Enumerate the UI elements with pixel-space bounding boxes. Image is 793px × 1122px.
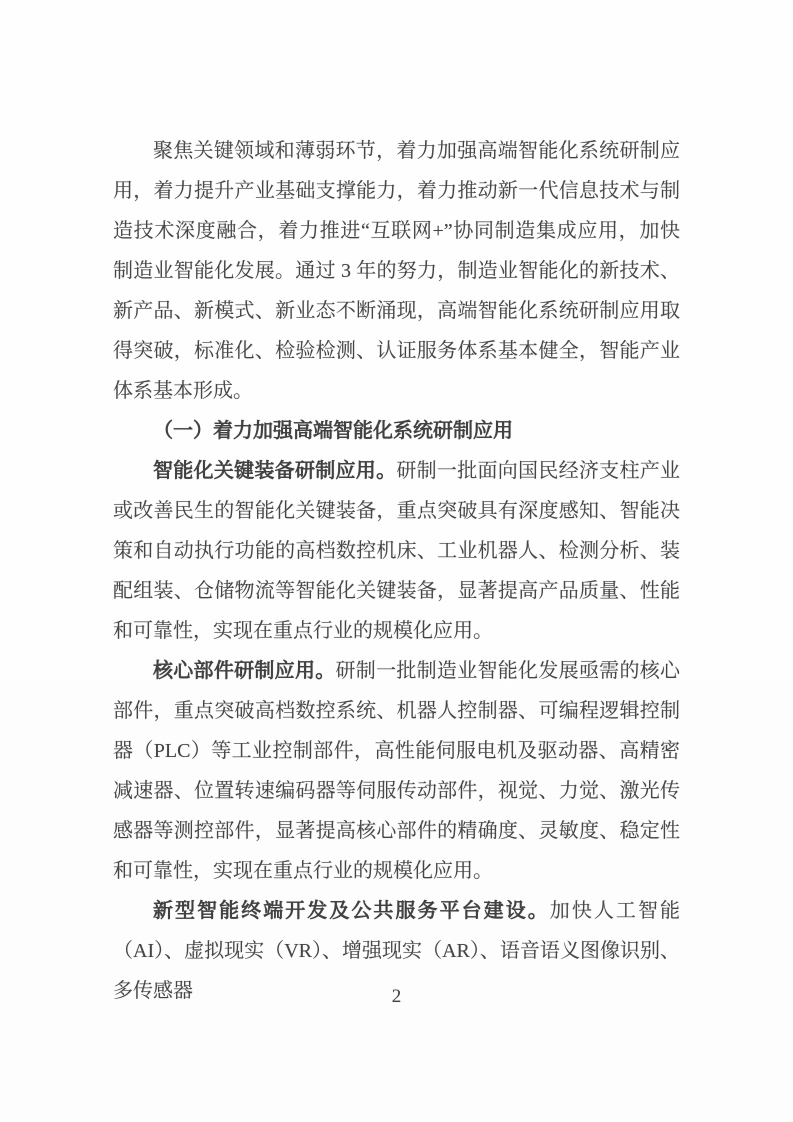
section-heading: （一）着力加强高端智能化系统研制应用 xyxy=(113,411,680,451)
document-page: 聚焦关键领域和薄弱环节，着力加强高端智能化系统研制应用，着力提升产业基础支撑能力… xyxy=(0,0,793,1122)
paragraph-intro: 聚焦关键领域和薄弱环节，着力加强高端智能化系统研制应用，着力提升产业基础支撑能力… xyxy=(113,131,680,411)
paragraph-lead: 新型智能终端开发及公共服务平台建设。 xyxy=(153,900,550,922)
paragraph-smart-equipment: 智能化关键装备研制应用。研制一批面向国民经济支柱产业或改善民生的智能化关键装备，… xyxy=(113,451,680,651)
paragraph-text: 研制一批面向国民经济支柱产业或改善民生的智能化关键装备，重点突破具有深度感知、智… xyxy=(113,460,680,642)
page-body: 聚焦关键领域和薄弱环节，着力加强高端智能化系统研制应用，着力提升产业基础支撑能力… xyxy=(113,131,680,1011)
paragraph-lead: 核心部件研制应用。 xyxy=(153,660,336,682)
paragraph-text: 研制一批制造业智能化发展亟需的核心部件，重点突破高档数控系统、机器人控制器、可编… xyxy=(113,660,680,882)
paragraph-lead: 智能化关键装备研制应用。 xyxy=(153,460,396,482)
paragraph-core-components: 核心部件研制应用。研制一批制造业智能化发展亟需的核心部件，重点突破高档数控系统、… xyxy=(113,651,680,891)
page-number: 2 xyxy=(0,983,793,1011)
